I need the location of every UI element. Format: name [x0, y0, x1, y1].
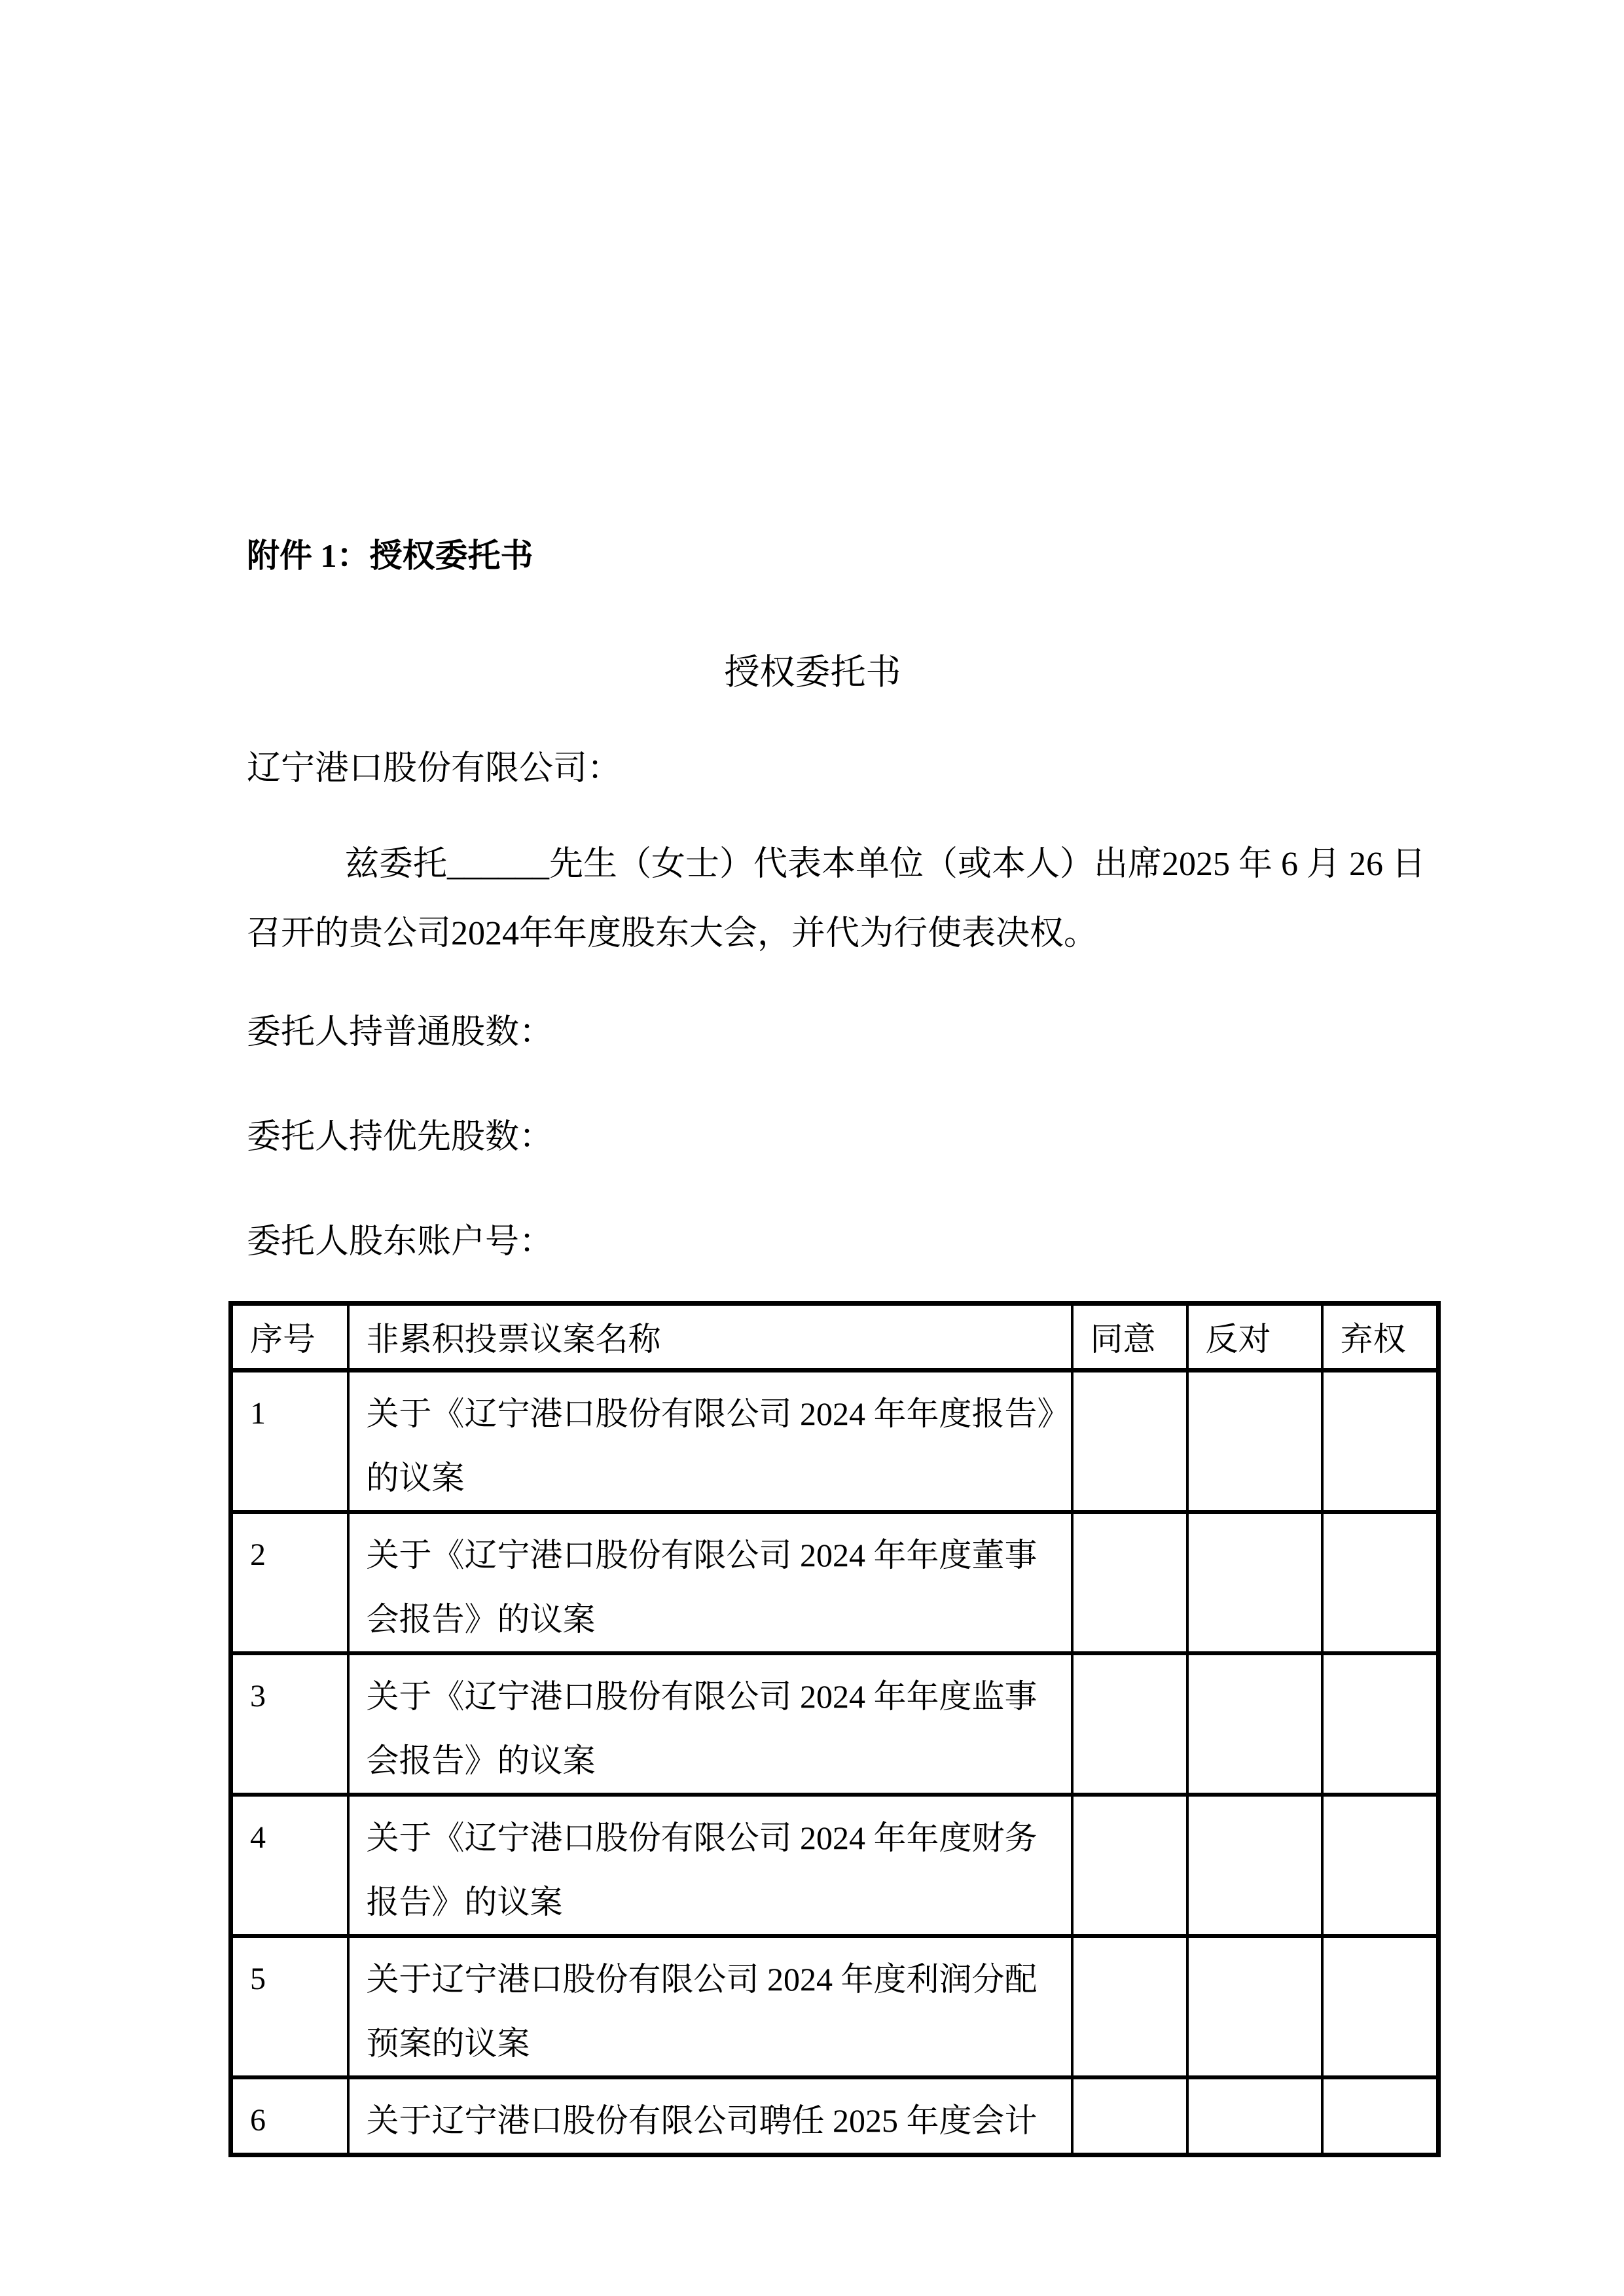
proposal-name-line: 关于《辽宁港口股份有限公司 2024 年年度报告》: [367, 1382, 1067, 1446]
holder-ordinary-shares-label: 委托人持普通股数：: [247, 1014, 553, 1051]
proposal-name-line: 关于辽宁港口股份有限公司聘任 2025 年度会计: [367, 2089, 1067, 2153]
table-row: 6 关于辽宁港口股份有限公司聘任 2025 年度会计: [231, 2077, 1439, 2155]
vote-cell-abstain: [1322, 1371, 1439, 1513]
vote-cell-abstain: [1322, 2077, 1439, 2155]
table-row: 3 关于《辽宁港口股份有限公司 2024 年年度监事 会报告》的议案: [231, 1653, 1439, 1795]
table-header-row: 序号 非累积投票议案名称 同意 反对 弃权: [231, 1304, 1439, 1371]
holder-preferred-shares-label: 委托人持优先股数：: [247, 1119, 553, 1156]
vote-cell-against: [1187, 1512, 1322, 1653]
salutation-line: 辽宁港口股份有限公司：: [247, 750, 621, 787]
body-paragraph: 兹委托______先生（女士）代表本单位（或本人）出席2025 年 6 月 26…: [247, 846, 1399, 953]
proposal-name-line: 关于《辽宁港口股份有限公司 2024 年年度监事: [367, 1664, 1067, 1729]
header-agree-cell: 同意: [1072, 1304, 1187, 1371]
proposal-name-line: 关于《辽宁港口股份有限公司 2024 年年度董事: [367, 1523, 1067, 1587]
proposal-name-line: 会报告》的议案: [367, 1729, 1067, 1793]
proposal-name-cell: 关于《辽宁港口股份有限公司 2024 年年度财务 报告》的议案: [348, 1795, 1072, 1936]
vote-cell-agree: [1072, 1795, 1187, 1936]
paragraph-line-2: 召开的贵公司2024年年度股东大会，并代为行使表决权。: [247, 915, 1399, 953]
proposal-name-line: 会报告》的议案: [367, 1587, 1067, 1651]
document-page: 附件 1：授权委托书 授权委托书 辽宁港口股份有限公司： 兹委托______先生…: [0, 0, 1624, 2296]
vote-cell-agree: [1072, 1371, 1187, 1513]
proposal-name-cell: 关于辽宁港口股份有限公司聘任 2025 年度会计: [348, 2077, 1072, 2155]
row-number: 5: [231, 1936, 348, 2077]
vote-cell-against: [1187, 2077, 1322, 2155]
row-number: 3: [231, 1653, 348, 1795]
header-name-cell: 非累积投票议案名称: [348, 1304, 1072, 1371]
table-row: 5 关于辽宁港口股份有限公司 2024 年度利润分配 预案的议案: [231, 1936, 1439, 2077]
proposal-name-cell: 关于《辽宁港口股份有限公司 2024 年年度董事 会报告》的议案: [348, 1512, 1072, 1653]
proposal-name-cell: 关于《辽宁港口股份有限公司 2024 年年度监事 会报告》的议案: [348, 1653, 1072, 1795]
vote-cell-agree: [1072, 1936, 1187, 2077]
vote-cell-agree: [1072, 1653, 1187, 1795]
proposal-name-line: 的议案: [367, 1446, 1067, 1510]
header-against-cell: 反对: [1187, 1304, 1322, 1371]
row-number: 2: [231, 1512, 348, 1653]
vote-cell-abstain: [1322, 1512, 1439, 1653]
vote-cell-against: [1187, 1795, 1322, 1936]
vote-cell-against: [1187, 1936, 1322, 2077]
proposal-name-line: 预案的议案: [367, 2011, 1067, 2075]
proposal-name-cell: 关于《辽宁港口股份有限公司 2024 年年度报告》 的议案: [348, 1371, 1072, 1513]
row-number: 6: [231, 2077, 348, 2155]
vote-cell-against: [1187, 1653, 1322, 1795]
row-number: 1: [231, 1371, 348, 1513]
vote-cell-against: [1187, 1371, 1322, 1513]
table-row: 4 关于《辽宁港口股份有限公司 2024 年年度财务 报告》的议案: [231, 1795, 1439, 1936]
attachment-heading: 附件 1：授权委托书: [247, 538, 533, 574]
vote-cell-abstain: [1322, 1795, 1439, 1936]
holder-shareholder-account-label: 委托人股东账户号：: [247, 1223, 553, 1261]
proposal-name-cell: 关于辽宁港口股份有限公司 2024 年度利润分配 预案的议案: [348, 1936, 1072, 2077]
vote-cell-abstain: [1322, 1653, 1439, 1795]
vote-cell-agree: [1072, 2077, 1187, 2155]
header-no-cell: 序号: [231, 1304, 348, 1371]
proxy-voting-table: 序号 非累积投票议案名称 同意 反对 弃权 1 关于《辽宁港口股份有限公司 20…: [228, 1301, 1441, 2157]
proposal-name-line: 关于辽宁港口股份有限公司 2024 年度利润分配: [367, 1947, 1067, 2011]
row-number: 4: [231, 1795, 348, 1936]
proposal-name-line: 报告》的议案: [367, 1870, 1067, 1934]
document-title: 授权委托书: [247, 653, 1379, 692]
table-row: 1 关于《辽宁港口股份有限公司 2024 年年度报告》 的议案: [231, 1371, 1439, 1513]
vote-cell-agree: [1072, 1512, 1187, 1653]
paragraph-line-1: 兹委托______先生（女士）代表本单位（或本人）出席2025 年 6 月 26…: [247, 846, 1399, 884]
vote-cell-abstain: [1322, 1936, 1439, 2077]
proposal-name-line: 关于《辽宁港口股份有限公司 2024 年年度财务: [367, 1806, 1067, 1870]
header-abstain-cell: 弃权: [1322, 1304, 1439, 1371]
table-row: 2 关于《辽宁港口股份有限公司 2024 年年度董事 会报告》的议案: [231, 1512, 1439, 1653]
